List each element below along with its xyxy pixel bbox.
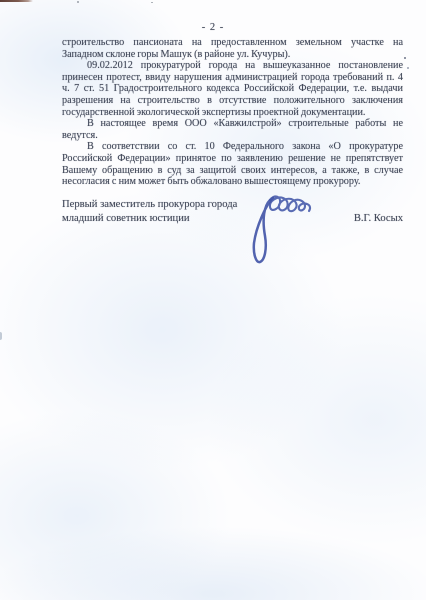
body-line: В настоящее время ООО «Кавжилстрой» стро… (62, 118, 403, 130)
scan-artifact-top-edge (0, 0, 33, 2)
handwritten-signature-icon (246, 189, 318, 273)
body-line: ведутся. (62, 130, 403, 142)
document-body: строительство пансионата на предоставлен… (62, 37, 403, 188)
body-line: ч. 7 ст. 51 Градостроительного кодекса Р… (62, 83, 403, 95)
scan-speck (407, 67, 409, 69)
body-line: принесен протест, ввиду нарушения админи… (62, 72, 403, 84)
scan-artifact-left-edge (0, 332, 2, 340)
body-line: 09.02.2012 прокуратурой города на вышеук… (62, 60, 403, 72)
body-line: Российской Федерации» принятое по заявле… (62, 153, 403, 165)
body-line: государственной экологической экспертизы… (62, 107, 403, 119)
scan-speck (404, 57, 406, 59)
body-line: Западном склоне горы Машук (в районе ул.… (62, 49, 403, 61)
scan-speck (77, 1, 79, 3)
body-line: В соответствии со ст. 10 Федерального за… (62, 141, 403, 153)
body-line: строительство пансионата на предоставлен… (62, 37, 403, 49)
signoff-title-line-1: Первый заместитель прокурора города (62, 199, 403, 210)
signoff-name: В.Г. Косых (354, 213, 403, 224)
signoff-title-line-2: младший советник юстиции (62, 213, 190, 224)
signoff-row: младший советник юстиции В.Г. Косых (62, 213, 403, 224)
page-number: - 2 - (0, 22, 426, 33)
body-line: Вашему обращению в суд за защитой своих … (62, 165, 403, 177)
document-page: - 2 - строительство пансионата на предос… (0, 0, 426, 600)
scan-speck (151, 2, 153, 3)
body-line: разрешения на строительство в отсутствие… (62, 95, 403, 107)
body-line: несогласия с ним может быть обжаловано в… (62, 176, 403, 188)
